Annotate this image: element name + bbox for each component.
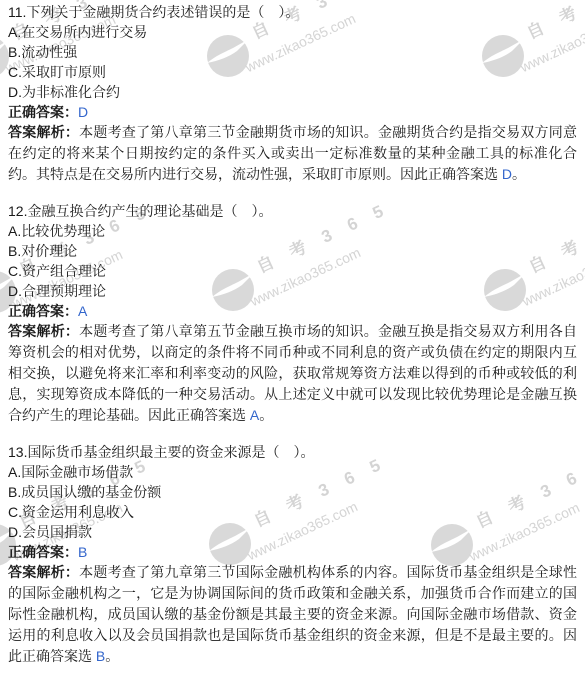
correct-answer-value: D — [78, 104, 88, 120]
correct-answer-value: A — [78, 303, 87, 319]
correct-answer-label: 正确答案： — [8, 104, 78, 120]
correct-answer-label: 正确答案： — [8, 303, 78, 319]
option-a: A.国际金融市场借款 — [8, 462, 577, 482]
exam-answers-page: 11.下列关于金融期货合约表述错误的是（ ）。 A.在交易所内进行交易 B.流动… — [0, 0, 585, 667]
correct-answer-value: B — [78, 544, 87, 560]
analysis-text: 本题考查了第九章第三节国际金融机构体系的内容。国际货币基金组织是全球性的国际金融… — [8, 564, 577, 664]
option-d: D.会员国捐款 — [8, 522, 577, 542]
question-title: 13.国际货币基金组织最主要的资金来源是（ ）。 — [8, 442, 577, 462]
analysis-label: 答案解析： — [8, 323, 79, 339]
analysis-paragraph: 答案解析：本题考查了第八章第五节金融互换市场的知识。金融互换是指交易双方利用各自… — [8, 321, 577, 426]
question-block-13: 13.国际货币基金组织最主要的资金来源是（ ）。 A.国际金融市场借款 B.成员… — [8, 442, 577, 667]
analysis-text: 本题考查了第八章第五节金融互换市场的知识。金融互换是指交易双方利用各自筹资机会的… — [8, 323, 577, 423]
correct-answer-line: 正确答案：A — [8, 301, 577, 321]
option-b: B.流动性强 — [8, 42, 577, 62]
analysis-answer-letter: B — [96, 648, 105, 664]
question-title: 12.金融互换合约产生的理论基础是（ ）。 — [8, 201, 577, 221]
correct-answer-line: 正确答案：D — [8, 102, 577, 122]
option-c: C.资金运用利息收入 — [8, 502, 577, 522]
analysis-period: 。 — [512, 166, 526, 182]
analysis-label: 答案解析： — [8, 564, 79, 580]
correct-answer-label: 正确答案： — [8, 544, 78, 560]
option-d: D.为非标准化合约 — [8, 82, 577, 102]
analysis-label: 答案解析： — [8, 124, 79, 140]
option-a: A.在交易所内进行交易 — [8, 22, 577, 42]
analysis-paragraph: 答案解析：本题考查了第九章第三节国际金融机构体系的内容。国际货币基金组织是全球性… — [8, 562, 577, 667]
analysis-period: 。 — [259, 407, 273, 423]
analysis-answer-letter: A — [250, 407, 259, 423]
analysis-text: 本题考查了第八章第三节金融期货市场的知识。金融期货合约是指交易双方同意在约定的将… — [8, 124, 577, 182]
question-block-11: 11.下列关于金融期货合约表述错误的是（ ）。 A.在交易所内进行交易 B.流动… — [8, 2, 577, 185]
analysis-answer-letter: D — [502, 166, 512, 182]
question-block-12: 12.金融互换合约产生的理论基础是（ ）。 A.比较优势理论 B.对价理论 C.… — [8, 201, 577, 426]
question-title: 11.下列关于金融期货合约表述错误的是（ ）。 — [8, 2, 577, 22]
option-a: A.比较优势理论 — [8, 221, 577, 241]
analysis-period: 。 — [105, 648, 119, 664]
analysis-paragraph: 答案解析：本题考查了第八章第三节金融期货市场的知识。金融期货合约是指交易双方同意… — [8, 122, 577, 185]
correct-answer-line: 正确答案：B — [8, 542, 577, 562]
option-b: B.成员国认缴的基金份额 — [8, 482, 577, 502]
option-b: B.对价理论 — [8, 241, 577, 261]
option-c: C.资产组合理论 — [8, 261, 577, 281]
option-c: C.采取盯市原则 — [8, 62, 577, 82]
option-d: D.合理预期理论 — [8, 281, 577, 301]
